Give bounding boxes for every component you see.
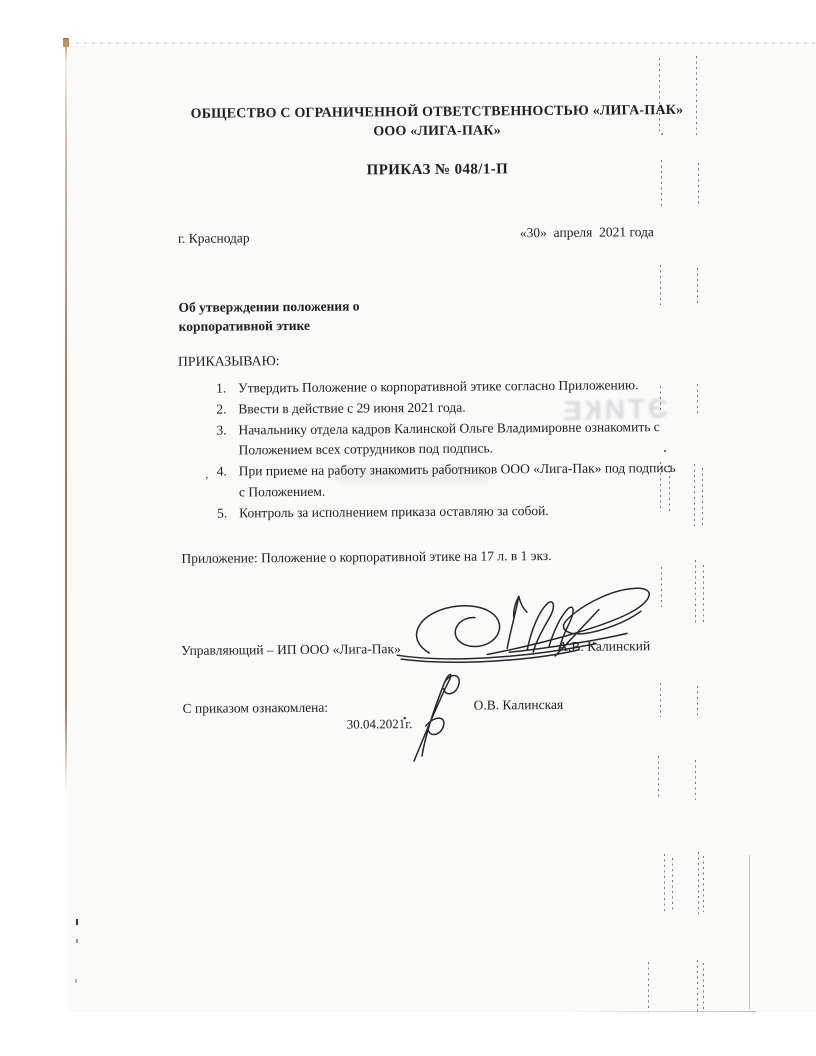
scan-artifact-dash bbox=[661, 160, 662, 206]
scan-speck bbox=[76, 919, 78, 925]
item-number: 3. bbox=[216, 420, 238, 462]
decree-word: ПРИКАЗЫВАЮ: bbox=[178, 353, 280, 370]
scan-artifact-dash bbox=[703, 565, 704, 623]
item-number: 5. bbox=[217, 503, 239, 524]
scan-artifact-dash bbox=[698, 163, 699, 207]
scan-artifact-dash bbox=[660, 386, 661, 414]
scan-artifact-dash bbox=[658, 756, 659, 798]
scan-artifact-dash bbox=[698, 852, 699, 914]
scan-artifact-dash bbox=[702, 468, 703, 526]
acknowledged-name: О.В. Калинская bbox=[474, 697, 564, 714]
item-number: 1. bbox=[216, 378, 238, 399]
item-number: 4. bbox=[217, 462, 239, 504]
order-date: «30» апреля 2021 года bbox=[520, 224, 654, 241]
scan-artifact-dash bbox=[661, 567, 662, 607]
scanned-order-document: ЭТИКЕ ОБЩЕСТВО С ОГРАНИЧЕННОЙ ОТВЕТСТВЕН… bbox=[0, 0, 816, 1056]
scan-speck bbox=[76, 939, 78, 943]
item-text: При приеме на работу знакомить работнико… bbox=[239, 458, 678, 503]
ink-dot bbox=[664, 450, 666, 452]
order-item: 5. Контроль за исполнением приказа остав… bbox=[180, 500, 678, 525]
order-item: 4. При приеме на работу знакомить работн… bbox=[180, 458, 678, 504]
scan-artifact-dash bbox=[694, 464, 695, 526]
hr-signature bbox=[397, 664, 478, 765]
scan-artifact-dash bbox=[696, 56, 697, 136]
scan-speck bbox=[75, 979, 77, 983]
scan-artifact-dash bbox=[697, 960, 698, 1012]
item-text: Начальнику отдела кадров Калинской Ольге… bbox=[238, 417, 677, 462]
item-text: Контроль за исполнением приказа оставляю… bbox=[239, 500, 678, 524]
paper-bottom-edge bbox=[560, 1011, 756, 1012]
org-header: ОБЩЕСТВО С ОГРАНИЧЕННОЙ ОТВЕТСТВЕННОСТЬЮ… bbox=[177, 102, 697, 143]
signatory-role: Управляющий – ИП ООО «Лига-Пак» bbox=[181, 641, 401, 659]
scan-artifact-dash bbox=[703, 856, 704, 912]
order-item: 3. Начальнику отдела кадров Калинской Ол… bbox=[179, 417, 677, 463]
scan-artifact-dash bbox=[697, 686, 698, 716]
attachment-line: Приложение: Положение о корпоративной эт… bbox=[181, 548, 551, 567]
city-date-row: г. Краснодар «30» апреля 2021 года bbox=[178, 227, 654, 247]
order-subject: Об утверждении положения о корпоративной… bbox=[178, 297, 359, 335]
city-label: г. Краснодар bbox=[178, 230, 250, 247]
order-title: ПРИКАЗ № 048/1-П bbox=[177, 160, 697, 181]
scan-artifact-dash bbox=[660, 265, 661, 305]
stray-pen-mark: ’ bbox=[205, 474, 209, 489]
director-signature bbox=[391, 581, 662, 668]
scan-artifact-dash bbox=[703, 963, 704, 1009]
item-number: 2. bbox=[216, 399, 238, 420]
scan-artifact-dash bbox=[648, 962, 649, 1012]
document-content: ОБЩЕСТВО С ОГРАНИЧЕННОЙ ОТВЕТСТВЕННОСТЬЮ… bbox=[0, 0, 816, 1056]
scan-artifact-dash bbox=[660, 462, 661, 512]
scan-artifact-dash bbox=[695, 760, 696, 800]
scan-artifact-line bbox=[749, 855, 750, 1009]
subject-line-1: Об утверждении положения о bbox=[178, 297, 359, 317]
order-items-list: 1. Утвердить Положение о корпоративной э… bbox=[179, 375, 678, 524]
acknowledgement-label: С приказом ознакомлена: bbox=[183, 700, 329, 717]
scan-artifact-dash bbox=[669, 465, 670, 513]
scan-artifact-dash bbox=[697, 384, 698, 416]
scan-artifact-dash bbox=[664, 854, 665, 912]
subject-line-2: корпоративной этике bbox=[179, 316, 360, 336]
scan-artifact-dash bbox=[697, 268, 698, 306]
scan-dot bbox=[661, 133, 663, 135]
scan-artifact-dash bbox=[660, 683, 661, 717]
scan-artifact-dash bbox=[659, 58, 660, 132]
scan-edge-line bbox=[65, 42, 67, 794]
scan-artifact-dash bbox=[695, 560, 696, 626]
scan-artifact-dash bbox=[672, 858, 673, 910]
